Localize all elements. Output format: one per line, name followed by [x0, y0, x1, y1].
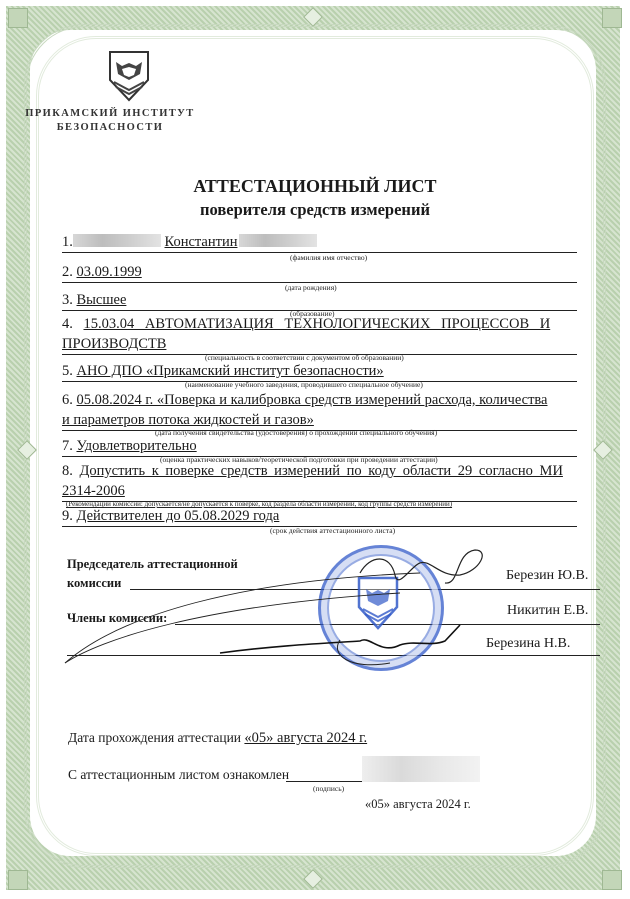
field-specialty-line2: ПРОИЗВОДСТВ — [62, 334, 577, 355]
acknowledged-date: «05» августа 2024 г. — [365, 797, 471, 812]
redacted-signature — [362, 756, 480, 782]
hint-validity: (срок действия аттестационного листа) — [270, 526, 395, 535]
bear-shield-logo-icon — [108, 50, 150, 102]
hint-full-name: (фамилия имя отчество) — [290, 253, 367, 262]
attestation-date-row: Дата прохождения аттестации «05» августа… — [68, 730, 367, 747]
field-recommendation-line2: 2314-2006 — [62, 481, 577, 502]
org-name-line2: БЕЗОПАСНОСТИ — [20, 122, 200, 133]
redacted-surname — [73, 234, 161, 247]
field-birth-date: 2. 03.09.1999 — [62, 262, 577, 283]
document-subtitle: поверителя средств измерений — [0, 200, 630, 220]
field-specialty: 4. 15.03.04 АВТОМАТИЗАЦИЯ ТЕХНОЛОГИЧЕСКИ… — [62, 314, 577, 334]
acknowledged-label: С аттестационным листом ознакомлен — [68, 767, 289, 783]
attestation-date-label: Дата прохождения аттестации — [68, 730, 241, 745]
field-institution: 5. АНО ДПО «Прикамский институт безопасн… — [62, 361, 577, 382]
document: ПРИКАМСКИЙ ИНСТИТУТ БЕЗОПАСНОСТИ АТТЕСТА… — [0, 0, 630, 899]
field-full-name: 1. Константин — [62, 232, 577, 253]
first-name: Константин — [165, 234, 238, 250]
field-validity: 9. Действителен до 05.08.2029 года — [62, 506, 577, 527]
attestation-date-value: «05» августа 2024 г. — [244, 730, 367, 746]
acknowledged-signature-line — [286, 781, 362, 782]
redacted-patronymic — [239, 234, 317, 247]
org-name-line1: ПРИКАМСКИЙ ИНСТИТУТ — [20, 108, 200, 119]
handwritten-signatures-icon — [60, 545, 520, 675]
field-assessment: 7. Удовлетворительно — [62, 436, 577, 457]
signature-hint: (подпись) — [313, 784, 344, 793]
field-training-date: 6. 05.08.2024 г. «Поверка и калибровка с… — [62, 390, 577, 410]
hint-institution: (наименование учебного заведения, провод… — [185, 380, 423, 389]
field-recommendation: 8. Допустить к поверке средств измерений… — [62, 461, 577, 481]
field-education: 3. Высшее — [62, 290, 577, 311]
document-title: АТТЕСТАЦИОННЫЙ ЛИСТ — [0, 176, 630, 197]
